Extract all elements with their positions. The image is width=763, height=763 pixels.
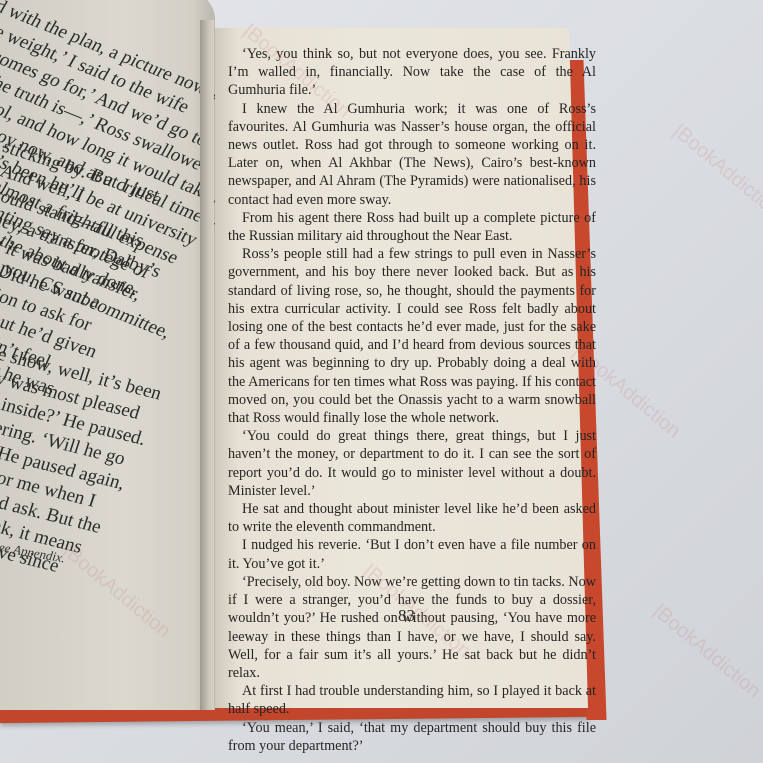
paragraph: ‘Yes, you think so, but not everyone doe… — [228, 45, 596, 100]
paragraph: ‘You mean,’ I said, ‘that my department … — [228, 719, 596, 755]
book-gutter — [200, 20, 214, 710]
paragraph: I knew the Al Gumhuria work; it was one … — [228, 100, 596, 209]
right-page-text: ‘Yes, you think so, but not everyone doe… — [228, 45, 596, 755]
page-number: 83 — [398, 606, 415, 626]
paragraph: ‘You could do great things there, great … — [228, 427, 596, 500]
paragraph: From his agent there Ross had built up a… — [228, 209, 596, 245]
paragraph: I nudged his reverie. ‘But I don’t even … — [228, 536, 596, 572]
paragraph: Ross’s people still had a few strings to… — [228, 245, 596, 427]
paragraph: ‘Precisely, old boy. Now we’re getting d… — [228, 573, 596, 682]
left-page-text-bottom: ning the show, well, it’s been secretary… — [0, 330, 215, 609]
left-page: ahead with the plan, a picture now, a pa… — [0, 0, 215, 710]
paragraph: He sat and thought about minister level … — [228, 500, 596, 536]
paragraph: At first I had trouble understanding him… — [228, 682, 596, 718]
